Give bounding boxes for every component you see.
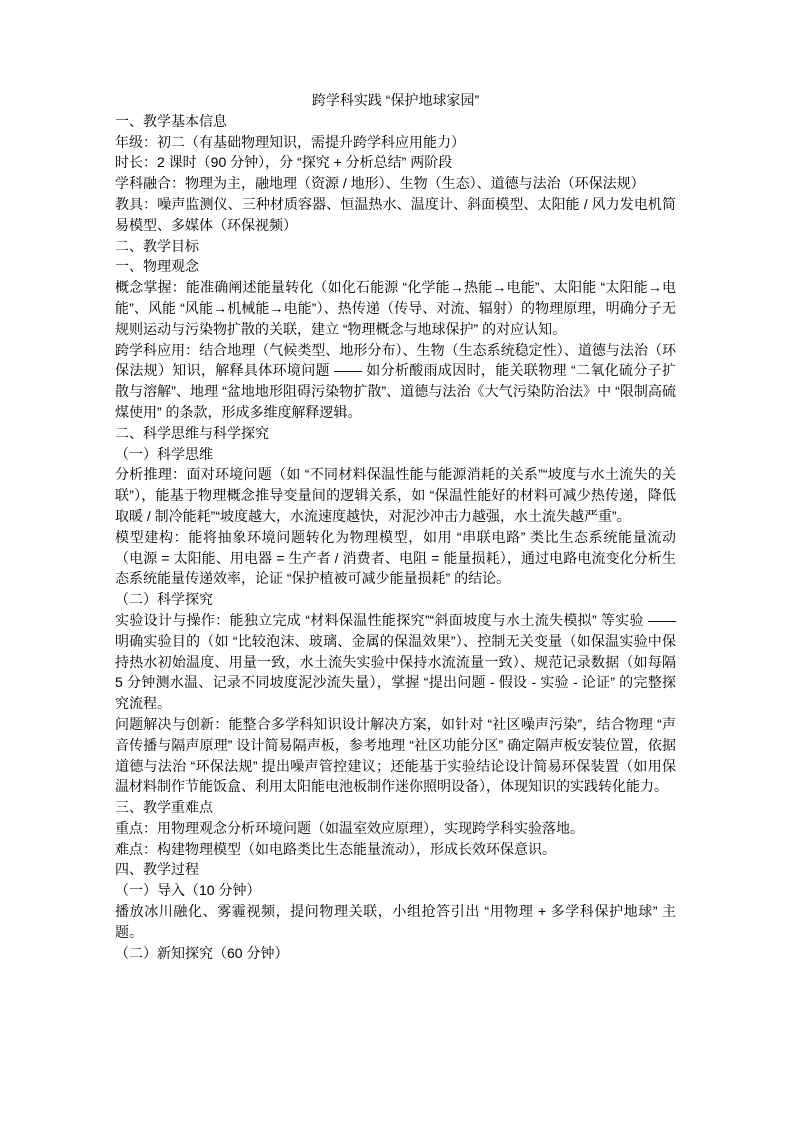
section-heading: 一、物理观念: [115, 256, 676, 277]
section-heading: 一、教学基本信息: [115, 111, 676, 132]
paragraph: 时长：2 课时（90 分钟），分 “探究 + 分析总结” 两阶段: [115, 152, 676, 173]
subsection-heading: （一）导入（10 分钟）: [115, 880, 676, 901]
paragraph: 概念掌握：能准确阐述能量转化（如化石能源 “化学能→热能→电能”、太阳能 “太阳…: [115, 277, 676, 339]
paragraph: 模型建构：能将抽象环境问题转化为物理模型，如用 “串联电路” 类比生态系统能量流…: [115, 527, 676, 589]
paragraph: 实验设计与操作：能独立完成 “材料保温性能探究”“斜面坡度与水土流失模拟” 等实…: [115, 610, 676, 714]
paragraph: 播放冰川融化、雾霾视频，提问物理关联，小组抢答引出 “用物理 + 多学科保护地球…: [115, 901, 676, 943]
paragraph: 难点：构建物理模型（如电路类比生态能量流动），形成长效环保意识。: [115, 839, 676, 860]
subsection-heading: （二）科学探究: [115, 589, 676, 610]
paragraph: 跨学科应用：结合地理（气候类型、地形分布）、生物（生态系统稳定性）、道德与法治（…: [115, 340, 676, 423]
section-heading: 四、教学过程: [115, 859, 676, 880]
paragraph: 年级：初二（有基础物理知识，需提升跨学科应用能力）: [115, 132, 676, 153]
paragraph: 学科融合：物理为主，融地理（资源 / 地形）、生物（生态）、道德与法治（环保法规…: [115, 173, 676, 194]
section-heading: 二、教学目标: [115, 236, 676, 257]
paragraph: 重点：用物理观念分析环境问题（如温室效应原理），实现跨学科实验落地。: [115, 818, 676, 839]
paragraph: 教具：噪声监测仪、三种材质容器、恒温热水、温度计、斜面模型、太阳能 / 风力发电…: [115, 194, 676, 236]
subsection-heading: （一）科学思维: [115, 444, 676, 465]
section-heading: 二、科学思维与科学探究: [115, 423, 676, 444]
paragraph: 问题解决与创新：能整合多学科知识设计解决方案，如针对 “社区噪声污染”，结合物理…: [115, 714, 676, 797]
document-title: 跨学科实践 “保护地球家园”: [115, 90, 676, 111]
subsection-heading: （二）新知探究（60 分钟）: [115, 943, 676, 964]
paragraph: 分析推理：面对环境问题（如 “不同材料保温性能与能源消耗的关系”“坡度与水土流失…: [115, 464, 676, 526]
document-page: 跨学科实践 “保护地球家园” 一、教学基本信息 年级：初二（有基础物理知识，需提…: [0, 0, 794, 1123]
document-content: 跨学科实践 “保护地球家园” 一、教学基本信息 年级：初二（有基础物理知识，需提…: [115, 90, 676, 963]
section-heading: 三、教学重难点: [115, 797, 676, 818]
